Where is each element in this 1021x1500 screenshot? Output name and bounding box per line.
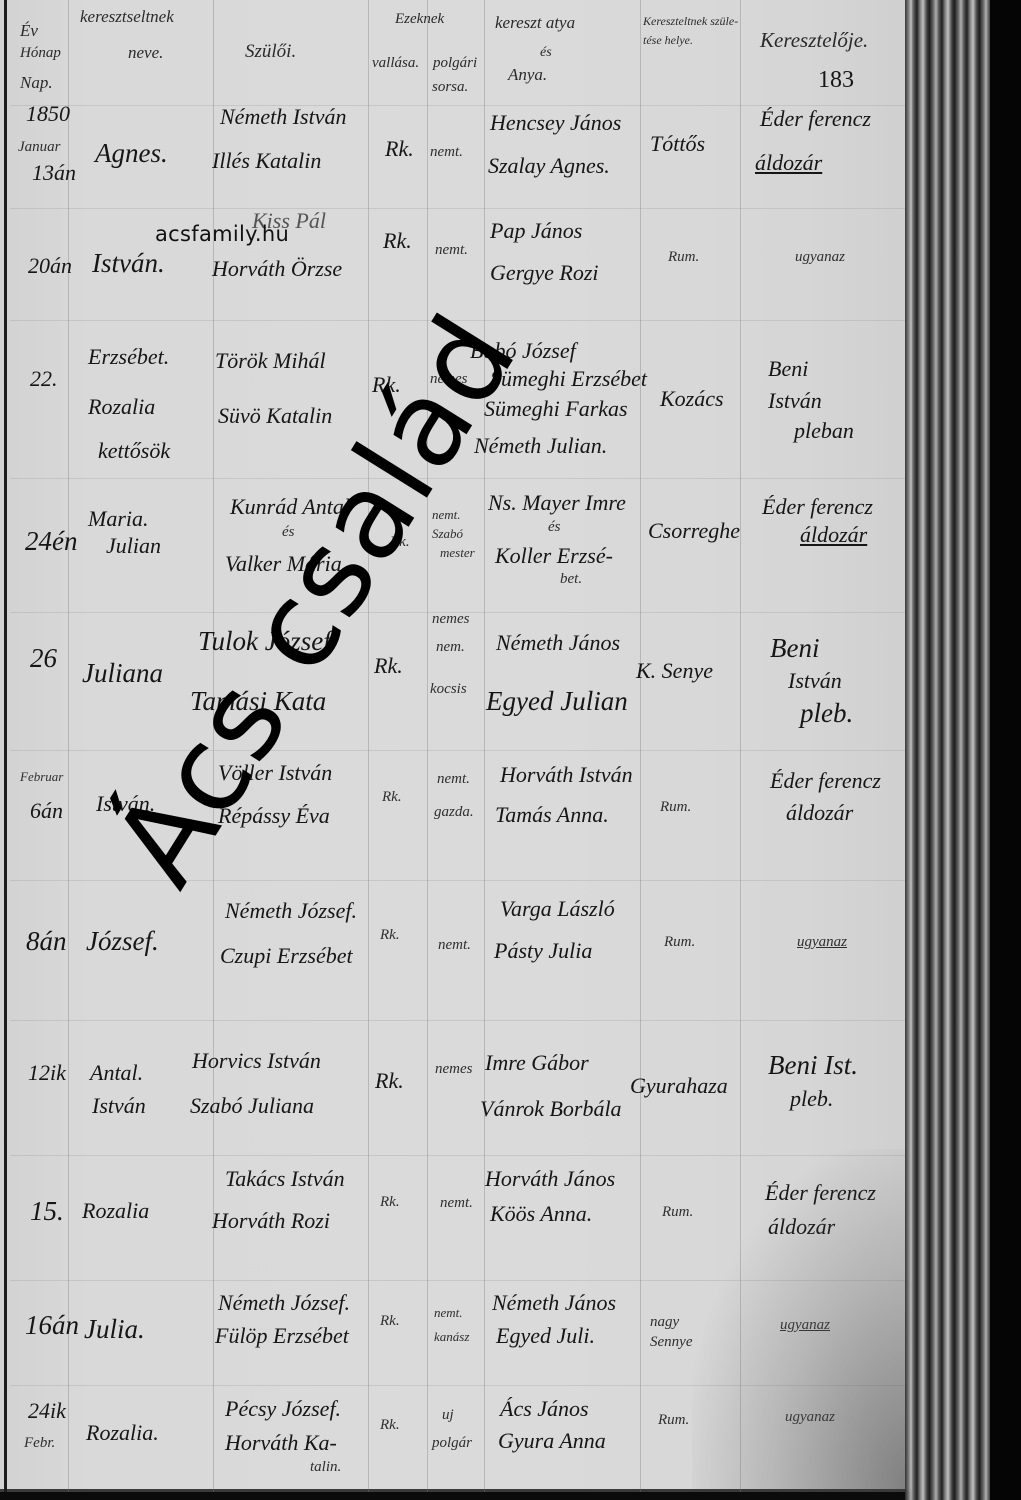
row-rule [10, 208, 905, 209]
entry-date-day: 24én [25, 528, 77, 555]
entry-religion: Rk. [380, 928, 400, 943]
entry-baptizer-2: István [788, 670, 842, 692]
header-birthplace: Kereszteltnek szüle- tése helye. [643, 12, 743, 49]
entry-godmother: Koller Erzsé- [495, 545, 613, 567]
entry-date-day: 20án [28, 255, 72, 277]
entry-godmother: Vánrok Borbála [480, 1098, 622, 1120]
entry-date-year: 1850 [26, 103, 70, 125]
header-birthplace-2: tése helye. [643, 33, 693, 47]
entry-baptizer: Éder ferencz [765, 1182, 876, 1204]
entry-religion: Rk. [380, 1314, 400, 1329]
entry-father: Takács István [225, 1168, 345, 1190]
entry-baptizer-title: áldozár [800, 524, 867, 546]
entry-religion: Rk. [375, 1070, 404, 1092]
entry-godfather: Ns. Mayer Imre [488, 492, 626, 514]
entry-baptizer-title: pleb. [800, 700, 853, 727]
entry-mother: Szabó Juliana [190, 1095, 314, 1117]
header-religion-1: Ezeknek [395, 12, 444, 27]
entry-mother: Czupi Erzsébet [220, 945, 353, 967]
entry-religion: Rk. [380, 1418, 400, 1433]
column-rule [68, 0, 69, 1492]
entry-godmother-cont: bet. [560, 572, 582, 587]
entry-mother: Illés Katalin [212, 150, 321, 172]
entry-date-day: 24ik [28, 1400, 66, 1422]
entry-status-2: gazda. [434, 805, 474, 820]
entry-baptizer-title: áldozár [755, 152, 822, 174]
paper-sheet: Év Hónap Nap. keresztseltnek neve. Szülő… [0, 0, 912, 1492]
entry-godfather: Hencsey János [490, 112, 621, 134]
entry-child-name-2: Rozalia [88, 396, 155, 418]
entry-godfather: Imre Gábor [485, 1052, 589, 1074]
row-rule [10, 880, 905, 881]
header-name-2: neve. [128, 44, 163, 61]
entry-baptizer: Éder ferencz [760, 108, 871, 130]
entry-religion: Rk. [374, 655, 403, 677]
entry-godmother: Köös Anna. [490, 1203, 592, 1225]
entry-godfather: Németh János [492, 1292, 616, 1314]
entry-baptizer: ugyanaz [780, 1318, 830, 1333]
row-rule [10, 1155, 905, 1156]
entry-father: Németh József. [225, 900, 357, 922]
entry-date-day: 26 [30, 645, 57, 672]
entry-status: uj [442, 1408, 454, 1423]
entry-religion: Rk. [385, 138, 414, 160]
entry-birthplace: Tóttős [650, 133, 705, 155]
header-godparents-2: és [540, 46, 552, 60]
entry-status: nemes [435, 1062, 473, 1077]
entry-birthplace: Gyurahaza [630, 1075, 728, 1097]
entry-status: nemt. [430, 145, 463, 160]
column-rule [368, 0, 369, 1492]
entry-birthplace: Rum. [662, 1205, 693, 1220]
entry-godmother: Egyed Juli. [496, 1325, 595, 1347]
entry-father: Horvics István [192, 1050, 321, 1072]
entry-date-day: 15. [30, 1198, 64, 1225]
entry-birthplace: Rum. [658, 1413, 689, 1428]
entry-mother: Süvö Katalin [218, 405, 332, 427]
entry-godmother: Szalay Agnes. [488, 155, 610, 177]
entry-baptizer: Éder ferencz [770, 770, 881, 792]
site-watermark: acsfamily.hu [155, 222, 289, 246]
entry-godfather: Horváth János [485, 1168, 615, 1190]
entry-baptizer-title: áldozár [768, 1216, 835, 1238]
entry-religion: Rk. [380, 1195, 400, 1210]
entry-status: nemt. [435, 243, 468, 258]
entry-godparents-and: és [548, 520, 561, 535]
entry-child-name: Antal. [90, 1062, 143, 1084]
entry-religion: Rk. [383, 230, 412, 252]
entry-status-2: polgár [432, 1436, 472, 1451]
entry-godfather: Pap János [490, 220, 582, 242]
header-date-month: Hónap [20, 46, 61, 61]
entry-baptizer: ugyanaz [785, 1410, 835, 1425]
entry-baptizer: Éder ferencz [762, 496, 873, 518]
header-religion-2: vallása. [372, 56, 419, 71]
entry-birthplace: Csorreghe [648, 520, 740, 542]
header-status-1: polgári [433, 56, 477, 71]
header-date-day: Nap. [20, 74, 53, 91]
entry-baptizer-title: pleban [794, 420, 854, 442]
entry-baptizer-2: István [768, 390, 822, 412]
header-godparents-3: Anya. [508, 66, 547, 83]
entry-father: Pécsy József. [225, 1398, 341, 1420]
entry-godmother: Tamás Anna. [495, 804, 609, 826]
entry-date-day: 16án [25, 1312, 79, 1339]
entry-date-month: Febr. [24, 1436, 55, 1451]
entry-godfather: Ács János [500, 1398, 589, 1420]
entry-baptizer-title: áldozár [786, 802, 853, 824]
entry-twins-note: kettősök [98, 440, 170, 462]
header-parents: Szülői. [245, 42, 296, 61]
binding-line [4, 0, 7, 1492]
entry-status: nemes [432, 612, 470, 627]
entry-date-month: Januar [18, 140, 61, 155]
entry-status: nemt. [434, 1306, 463, 1319]
entry-status: nemt. [440, 1196, 473, 1211]
entry-birthplace: Rum. [668, 250, 699, 265]
page-number: 183 [818, 68, 854, 92]
row-rule [10, 1280, 905, 1281]
entry-child-name: József. [86, 928, 159, 955]
entry-status-3: kocsis [430, 682, 467, 697]
entry-godmother: Egyed Julian [486, 688, 628, 715]
entry-birthplace: Kozács [660, 388, 724, 410]
entry-godfather: Németh János [496, 632, 620, 654]
entry-child-name: Rozalia [82, 1200, 149, 1222]
header-birthplace-1: Kereszteltnek szüle- [643, 14, 738, 28]
column-rule [427, 0, 428, 1492]
entry-date-day: 13án [32, 162, 76, 184]
header-date-year: Év [20, 22, 38, 39]
entry-godmother: Pásty Julia [494, 940, 592, 962]
entry-baptizer: Beni Ist. [768, 1052, 858, 1079]
entry-child-name: István. [92, 250, 165, 277]
entry-date-month: Februar [20, 770, 63, 783]
entry-baptizer: Beni [770, 635, 819, 662]
entry-birthplace: nagy Sennye [650, 1312, 705, 1353]
column-rule [484, 0, 485, 1492]
entry-baptizer-title: pleb. [790, 1088, 833, 1110]
entry-date-day: 22. [30, 368, 58, 390]
entry-status: nemt. [437, 772, 470, 787]
book-background [990, 0, 1021, 1500]
entry-godfather: Horváth István [500, 764, 633, 786]
entry-religion: Rk. [382, 790, 402, 805]
entry-godmother: Gergye Rozi [490, 262, 599, 284]
entry-birthplace: Rum. [660, 800, 691, 815]
entry-mother: Horváth Örzse [212, 258, 342, 280]
entry-mother: Horváth Ka- [225, 1432, 337, 1454]
entry-child-name: Erzsébet. [88, 346, 169, 368]
entry-mother: Fülöp Erzsébet [215, 1325, 349, 1347]
entry-status-2: kanász [434, 1330, 469, 1343]
column-rule [640, 0, 641, 1492]
entry-date-day: 8án [26, 928, 67, 955]
entry-father: Németh József. [218, 1292, 350, 1314]
register-page-scan: Év Hónap Nap. keresztseltnek neve. Szülő… [0, 0, 1021, 1500]
entry-birthplace: K. Senye [636, 660, 713, 682]
entry-date-day: 6án [30, 800, 63, 822]
entry-godfather: Varga László [500, 898, 615, 920]
entry-godmother: Gyura Anna [498, 1430, 606, 1452]
header-name-1: keresztseltnek [80, 8, 174, 25]
entry-date-day: 12ik [28, 1062, 66, 1084]
entry-child-name: Rozalia. [86, 1422, 159, 1444]
entry-child-name: Julia. [84, 1316, 145, 1343]
column-rule [740, 0, 741, 1492]
entry-status-2: nem. [436, 640, 465, 655]
entry-mother: Horváth Rozi [212, 1210, 330, 1232]
row-rule [10, 1385, 905, 1386]
entry-child-name-2: István [92, 1095, 146, 1117]
entry-status: nemt. [438, 938, 471, 953]
header-status-2: sorsa. [432, 80, 468, 95]
entry-child-name-2: Julian [106, 535, 161, 557]
entry-status-3: mester [440, 546, 475, 559]
entry-father: Török Mihál [215, 350, 326, 372]
entry-father: Németh István [220, 106, 346, 128]
header-godparents-1: kereszt atya [495, 14, 575, 31]
entry-child-name: Maria. [88, 508, 149, 530]
entry-child-name: Juliana [82, 660, 163, 687]
row-rule [10, 1020, 905, 1021]
entry-child-name: Agnes. [95, 140, 168, 167]
entry-baptizer: ugyanaz [797, 935, 847, 950]
header-baptizer: Keresztelője. [760, 30, 868, 51]
entry-mother-cont: talin. [310, 1460, 341, 1475]
entry-birthplace: Rum. [664, 935, 695, 950]
entry-baptizer: ugyanaz [795, 250, 845, 265]
entry-baptizer: Beni [768, 358, 808, 380]
